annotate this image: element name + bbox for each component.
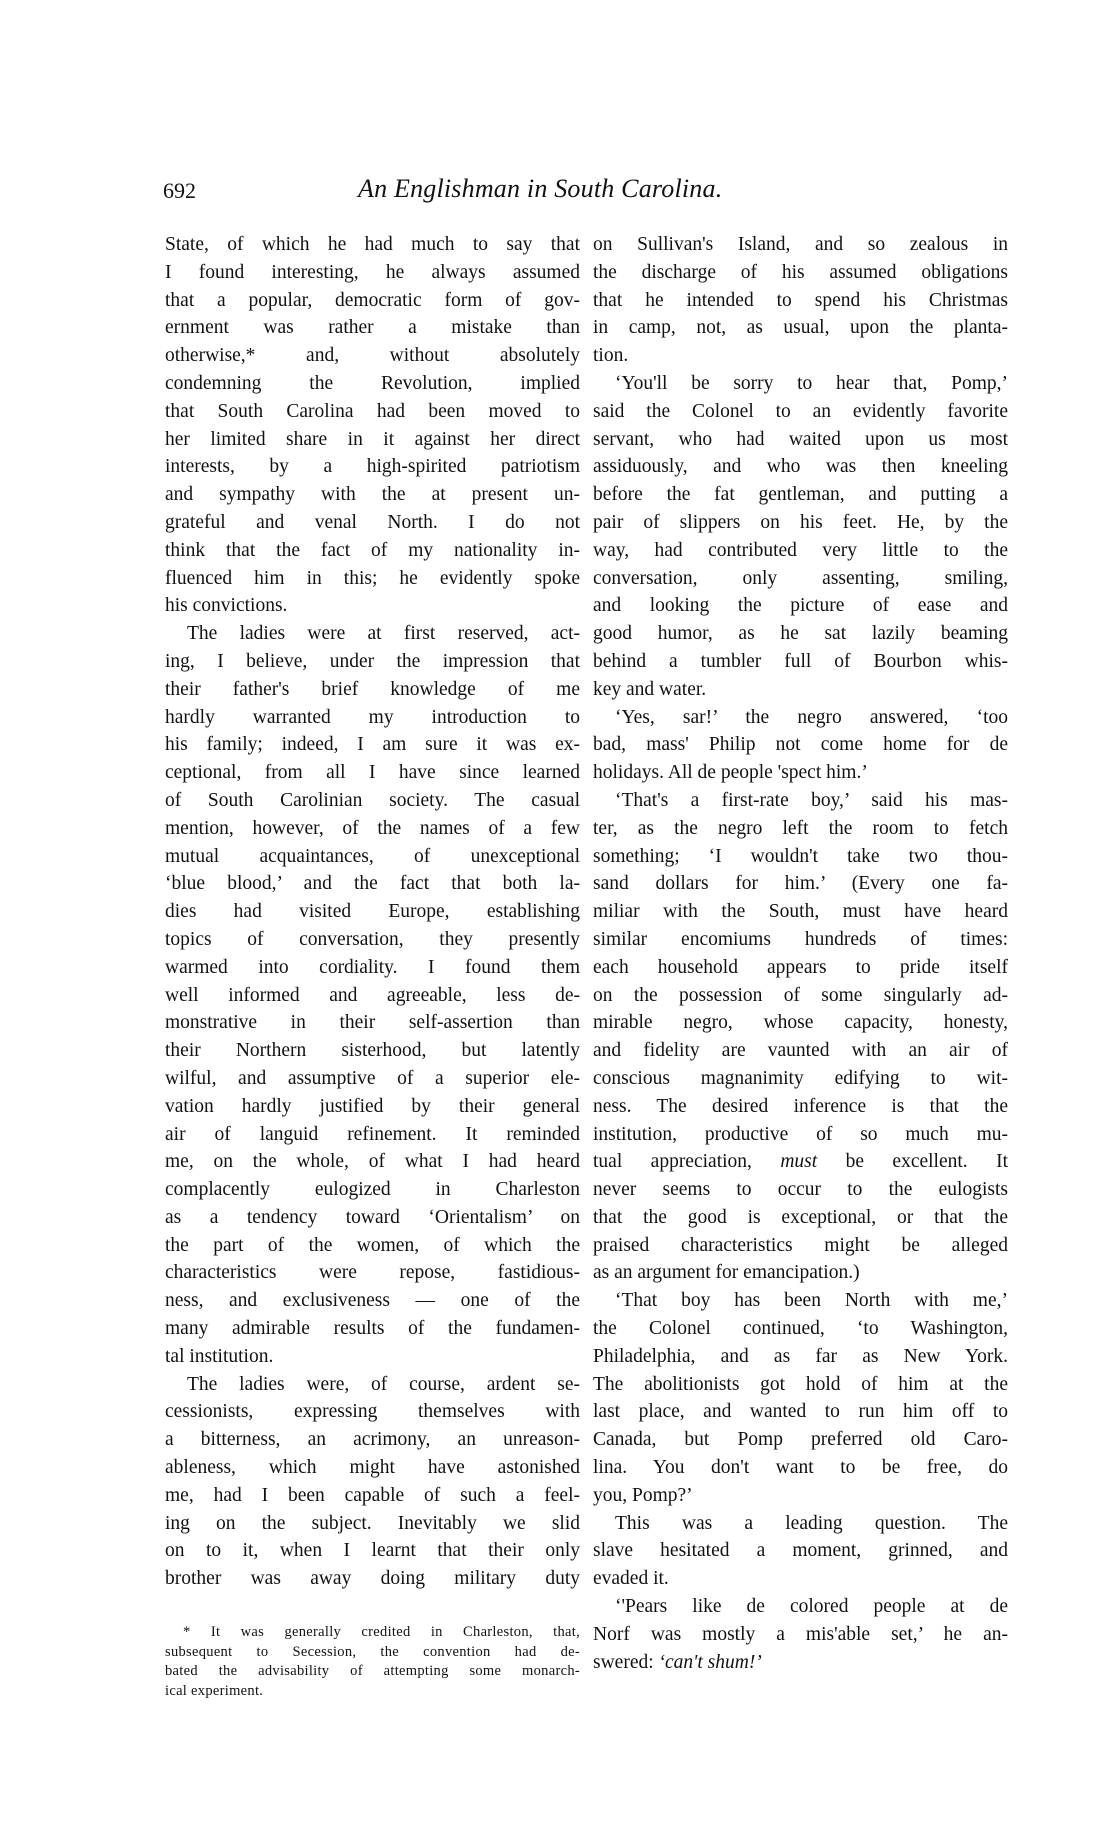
text-line: mention, however, of the names of a few	[165, 815, 580, 843]
text-line: conscious magnanimity edifying to wit-	[593, 1065, 1008, 1093]
text-segment: be excellent. It	[817, 1151, 1008, 1172]
text-line: lina. You don't want to be free, do	[593, 1454, 1008, 1482]
text-line: and fidelity are vaunted with an air of	[593, 1037, 1008, 1065]
text-line: behind a tumbler full of Bourbon whis-	[593, 648, 1008, 676]
text-line: last place, and wanted to run him off to	[593, 1398, 1008, 1426]
text-line: as a tendency toward ‘Orientalism’ on	[165, 1204, 580, 1232]
paragraph-start: ‘You'll be sorry to hear that, Pomp,’	[593, 370, 1008, 398]
text-line: swered: ‘can't shum!’	[593, 1649, 1008, 1677]
footnote: * It was generally credited in Charlesto…	[165, 1623, 580, 1701]
text-line: sand dollars for him.’ (Every one fa-	[593, 870, 1008, 898]
text-line: condemning the Revolution, implied	[165, 370, 580, 398]
text-line: State, of which he had much to say that	[165, 231, 580, 259]
paragraph-start: ‘'Pears like de colored people at de	[593, 1593, 1008, 1621]
text-segment: swered:	[593, 1652, 659, 1673]
text-line: otherwise,* and, without absolutely	[165, 342, 580, 370]
text-line: that he intended to spend his Christmas	[593, 287, 1008, 315]
text-line: assiduously, and who was then kneeling	[593, 453, 1008, 481]
text-line: ceptional, from all I have since learned	[165, 759, 580, 787]
text-line: before the fat gentleman, and putting a	[593, 481, 1008, 509]
text-line: ernment was rather a mistake than	[165, 314, 580, 342]
text-line: wilful, and assumptive of a superior ele…	[165, 1065, 580, 1093]
text-line: miliar with the South, must have heard	[593, 898, 1008, 926]
text-line: Norf was mostly a mis'able set,’ he an-	[593, 1621, 1008, 1649]
text-line: tion.	[593, 342, 1008, 370]
text-line: good humor, as he sat lazily beaming	[593, 620, 1008, 648]
text-line: ableness, which might have astonished	[165, 1454, 580, 1482]
italic-emphasis: ‘can't shum!’	[659, 1652, 762, 1673]
text-line: tal institution.	[165, 1343, 580, 1371]
text-line: think that the fact of my nationality in…	[165, 537, 580, 565]
text-line: interests, by a high-spirited patriotism	[165, 453, 580, 481]
italic-emphasis: must	[780, 1151, 817, 1172]
text-segment: tual appreciation,	[593, 1151, 780, 1172]
text-line: in camp, not, as usual, upon the planta-	[593, 314, 1008, 342]
text-line: and sympathy with the at present un-	[165, 481, 580, 509]
paragraph-start: ‘That's a first-rate boy,’ said his mas-	[593, 787, 1008, 815]
text-line: mutual acquaintances, of unexceptional	[165, 843, 580, 871]
paragraph-start: The ladies were, of course, ardent se-	[165, 1371, 580, 1399]
text-line: on Sullivan's Island, and so zealous in	[593, 231, 1008, 259]
text-line: said the Colonel to an evidently favorit…	[593, 398, 1008, 426]
paragraph-start: ‘That boy has been North with me,’	[593, 1287, 1008, 1315]
text-line: that South Carolina had been moved to	[165, 398, 580, 426]
text-line: monstrative in their self-assertion than	[165, 1009, 580, 1037]
text-line: many admirable results of the fundamen-	[165, 1315, 580, 1343]
text-line: you, Pomp?’	[593, 1482, 1008, 1510]
text-line: tual appreciation, must be excellent. It	[593, 1148, 1008, 1176]
text-line: ing, I believe, under the impression tha…	[165, 648, 580, 676]
text-line: mirable negro, whose capacity, honesty,	[593, 1009, 1008, 1037]
right-column: on Sullivan's Island, and so zealous in …	[593, 231, 1008, 1676]
text-line: their father's brief knowledge of me	[165, 676, 580, 704]
text-line: cessionists, expressing themselves with	[165, 1398, 580, 1426]
text-line: the Colonel continued, ‘to Washington,	[593, 1315, 1008, 1343]
text-line: me, had I been capable of such a feel-	[165, 1482, 580, 1510]
text-line: warmed into cordiality. I found them	[165, 954, 580, 982]
text-line: conversation, only assenting, smiling,	[593, 565, 1008, 593]
text-line: fluenced him in this; he evidently spoke	[165, 565, 580, 593]
text-line: institution, productive of so much mu-	[593, 1121, 1008, 1149]
text-line: slave hesitated a moment, grinned, and	[593, 1537, 1008, 1565]
text-line: bad, mass' Philip not come home for de	[593, 731, 1008, 759]
text-line: his convictions.	[165, 592, 580, 620]
text-line: hardly warranted my introduction to	[165, 704, 580, 732]
paragraph-start: The ladies were at first reserved, act-	[165, 620, 580, 648]
text-line: servant, who had waited upon us most	[593, 426, 1008, 454]
text-line: way, had contributed very little to the	[593, 537, 1008, 565]
text-line: The abolitionists got hold of him at the	[593, 1371, 1008, 1399]
text-line: holidays. All de people 'spect him.’	[593, 759, 1008, 787]
text-line: me, on the whole, of what I had heard	[165, 1148, 580, 1176]
text-line: Canada, but Pomp preferred old Caro-	[593, 1426, 1008, 1454]
text-line: something; ‘I wouldn't take two thou-	[593, 843, 1008, 871]
footnote-line: * It was generally credited in Charlesto…	[165, 1623, 580, 1643]
text-line: I found interesting, he always assumed	[165, 259, 580, 287]
text-line: ter, as the negro left the room to fetch	[593, 815, 1008, 843]
paragraph-start: ‘Yes, sar!’ the negro answered, ‘too	[593, 704, 1008, 732]
text-line: key and water.	[593, 676, 1008, 704]
running-title: An Englishman in South Carolina.	[358, 174, 722, 204]
text-line: a bitterness, an acrimony, an unreason-	[165, 1426, 580, 1454]
text-line: that a popular, democratic form of gov-	[165, 287, 580, 315]
text-line: vation hardly justified by their general	[165, 1093, 580, 1121]
text-line: topics of conversation, they presently	[165, 926, 580, 954]
page-number: 692	[163, 178, 196, 204]
text-line: dies had visited Europe, establishing	[165, 898, 580, 926]
footnote-line: ical experiment.	[165, 1682, 580, 1702]
text-line: each household appears to pride itself	[593, 954, 1008, 982]
text-line: complacently eulogized in Charleston	[165, 1176, 580, 1204]
text-line: pair of slippers on his feet. He, by the	[593, 509, 1008, 537]
text-line: ‘blue blood,’ and the fact that both la-	[165, 870, 580, 898]
text-line: their Northern sisterhood, but latently	[165, 1037, 580, 1065]
left-column: State, of which he had much to say that …	[165, 231, 580, 1593]
text-line: ness. The desired inference is that the	[593, 1093, 1008, 1121]
text-line: Philadelphia, and as far as New York.	[593, 1343, 1008, 1371]
text-line: praised characteristics might be alleged	[593, 1232, 1008, 1260]
footnote-line: subsequent to Secession, the convention …	[165, 1643, 580, 1663]
text-line: evaded it.	[593, 1565, 1008, 1593]
text-line: his family; indeed, I am sure it was ex-	[165, 731, 580, 759]
text-line: and looking the picture of ease and	[593, 592, 1008, 620]
text-line: on the possession of some singularly ad-	[593, 982, 1008, 1010]
text-line: the discharge of his assumed obligations	[593, 259, 1008, 287]
text-line: as an argument for emancipation.)	[593, 1259, 1008, 1287]
paragraph-start: This was a leading question. The	[593, 1510, 1008, 1538]
text-line: air of languid refinement. It reminded	[165, 1121, 580, 1149]
text-line: her limited share in it against her dire…	[165, 426, 580, 454]
text-line: on to it, when I learnt that their only	[165, 1537, 580, 1565]
text-line: ness, and exclusiveness — one of the	[165, 1287, 580, 1315]
text-line: characteristics were repose, fastidious-	[165, 1259, 580, 1287]
text-line: well informed and agreeable, less de-	[165, 982, 580, 1010]
text-line: never seems to occur to the eulogists	[593, 1176, 1008, 1204]
text-line: similar encomiums hundreds of times:	[593, 926, 1008, 954]
text-line: grateful and venal North. I do not	[165, 509, 580, 537]
text-line: of South Carolinian society. The casual	[165, 787, 580, 815]
text-line: brother was away doing military duty	[165, 1565, 580, 1593]
text-line: the part of the women, of which the	[165, 1232, 580, 1260]
footnote-line: bated the advisability of attempting som…	[165, 1662, 580, 1682]
text-line: that the good is exceptional, or that th…	[593, 1204, 1008, 1232]
text-line: ing on the subject. Inevitably we slid	[165, 1510, 580, 1538]
